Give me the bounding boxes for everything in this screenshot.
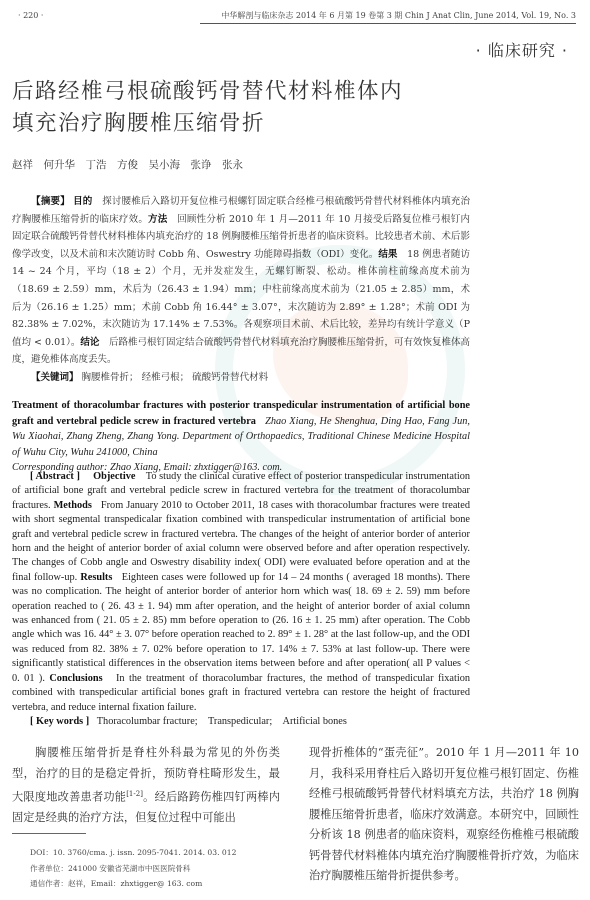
chinese-keywords: 【关键词】 胸腰椎骨折； 经椎弓根； 硫酸钙骨替代材料 xyxy=(12,369,470,387)
objective-label: 目的 xyxy=(73,196,92,207)
footnote-divider xyxy=(12,833,86,834)
english-results-label: Results xyxy=(80,572,112,583)
title-line-1: 后路经椎弓根硫酸钙骨替代材料椎体内 xyxy=(12,79,403,104)
results-label: 结果 xyxy=(378,249,397,260)
english-objective-label: Objective xyxy=(93,471,135,482)
english-methods-label: Methods xyxy=(54,500,92,511)
keyword-3: 硫酸钙骨替代材料 xyxy=(192,372,268,383)
abstract-label: 【摘要】 xyxy=(31,196,70,207)
keywords-label: 【关键词】 xyxy=(31,372,79,383)
footnotes: DOI：10. 3760/cma. j. issn. 2095-7041. 20… xyxy=(30,845,236,892)
body-right-text: 现骨折椎体的“蛋壳征”。2010 年 1 月—2011 年 10 月，我科采用脊… xyxy=(309,746,579,882)
keyword-1: 胸腰椎骨折； xyxy=(82,372,139,383)
author-list: 赵祥 何升华 丁浩 方俊 吴小海 张诤 张永 xyxy=(12,157,243,172)
page-number: · 220 · xyxy=(18,11,43,20)
methods-label: 方法 xyxy=(148,214,167,225)
english-conclusions-label: Conclusions xyxy=(49,673,102,684)
footnote-doi: DOI：10. 3760/cma. j. issn. 2095-7041. 20… xyxy=(30,845,236,861)
footnote-affiliation: 作者单位：241000 安徽省芜湖市中医医院骨科 xyxy=(30,861,236,877)
english-results-text: Eighteen cases were followed up for 14 –… xyxy=(12,572,470,684)
chinese-abstract: 【摘要】 目的 探讨腰椎后入路切开复位椎弓根螺钉固定联合经椎弓根硫酸钙骨替代材料… xyxy=(12,193,470,387)
title-line-2: 填充治疗胸腰椎压缩骨折 xyxy=(12,111,265,136)
english-keywords-text: Thoracolumbar fracture; Transpedicular; … xyxy=(97,716,347,727)
body-column-right: 现骨折椎体的“蛋壳征”。2010 年 1 月—2011 年 10 月，我科采用脊… xyxy=(309,743,579,887)
english-methods-text: From January 2010 to October 2011, 18 ca… xyxy=(12,500,470,583)
citation: [1-2] xyxy=(126,790,143,798)
running-head: 中华解剖与临床杂志 2014 年 6 月第 19 卷第 3 期 Chin J A… xyxy=(200,10,576,24)
body-column-left: 胸腰椎压缩骨折是脊柱外科最为常见的外伤类型，治疗的目的是稳定骨折，预防脊柱畸形发… xyxy=(12,743,280,829)
english-abstract-label: [ Abstract ] xyxy=(30,471,80,482)
english-title-block: Treatment of thoracolumbar fractures wit… xyxy=(12,398,470,476)
english-abstract: [ Abstract ] Objective To study the clin… xyxy=(12,470,470,729)
conclusion-label: 结论 xyxy=(80,337,99,348)
english-keywords-label: [ Key words ] xyxy=(30,716,89,727)
footnote-corresponding: 通信作者：赵祥，Email：zhxtigger@ 163. com xyxy=(30,876,236,892)
english-keywords: [ Key words ] Thoracolumbar fracture; Tr… xyxy=(12,715,470,729)
results-text: 18 例患者随访 14 ~ 24 个月，平均（18 ± 2）个月，无并发症发生，… xyxy=(12,249,470,348)
article-title: 后路经椎弓根硫酸钙骨替代材料椎体内 填充治疗胸腰椎压缩骨折 xyxy=(12,76,452,140)
column-label: · 临床研究 · xyxy=(476,38,568,61)
keyword-2: 经椎弓根； xyxy=(142,372,190,383)
